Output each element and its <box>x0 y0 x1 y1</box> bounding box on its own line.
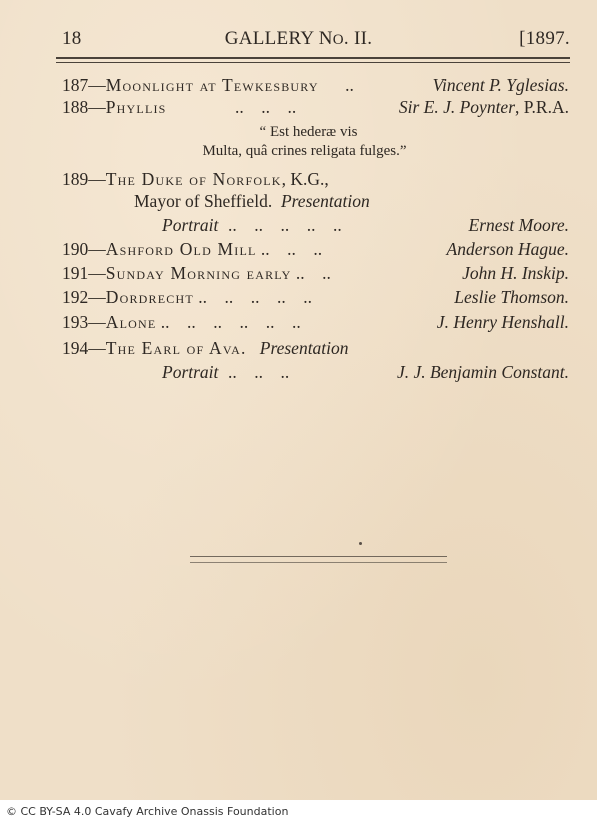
entry-leader: .. .. .. <box>257 239 323 259</box>
entry-subtitle-italic: Portrait <box>162 215 218 235</box>
entry-subtitle-italic: Portrait <box>162 362 218 382</box>
entry-subtitle: Mayor of Sheffield. <box>134 191 272 211</box>
entry-dash: — <box>88 97 106 117</box>
entry-dash: — <box>88 169 106 189</box>
book-page: 18 GALLERY NO. II. [1897. 187—Moonlight … <box>0 0 597 800</box>
entry-leader: .. .. .. .. .. .. <box>156 312 300 332</box>
entry-189: 189—The Duke of Norfolk, K.G., <box>62 169 329 189</box>
entry-194-line-2: Portrait <box>162 362 218 382</box>
entry-189-leader: .. .. .. .. .. <box>228 215 342 235</box>
entry-title: Moonlight at Tewkesbury <box>106 75 319 95</box>
running-title-small: O <box>333 32 344 48</box>
entry-190-artist: Anderson Hague. <box>447 239 569 259</box>
entry-189-line-3: Portrait <box>162 215 218 235</box>
entry-leader: .. <box>341 75 354 95</box>
entry-title: Dordrecht <box>106 287 194 307</box>
entry-number: 190 <box>62 239 88 259</box>
entry-188: 188—Phyllis <box>62 97 167 117</box>
entry-193: 193—Alone .. .. .. .. .. .. <box>62 312 301 332</box>
entry-190: 190—Ashford Old Mill .. .. .. <box>62 239 322 259</box>
entry-188-leader: .. .. .. <box>235 97 296 117</box>
epigraph-line-1: “ Est hederæ vis <box>10 124 597 141</box>
entry-189-artist: Ernest Moore. <box>469 215 569 235</box>
entry-dash: — <box>88 75 106 95</box>
entry-number: 194 <box>62 338 88 358</box>
entry-dash: — <box>88 338 106 358</box>
entry-title: The Earl of Ava. <box>106 338 247 358</box>
copyright-caption: © CC BY-SA 4.0 Cavafy Archive Onassis Fo… <box>6 805 288 818</box>
epigraph-line-2: Multa, quâ crines religata fulges.” <box>6 143 597 160</box>
entry-title: Sunday Morning early <box>106 263 292 283</box>
closing-rule-upper <box>190 556 447 557</box>
running-title: GALLERY NO. II. <box>0 28 597 50</box>
entry-192: 192—Dordrecht .. .. .. .. .. <box>62 287 312 307</box>
ornament-dot <box>359 542 362 545</box>
entry-dash: — <box>88 287 106 307</box>
entry-194-leader: .. .. .. <box>228 362 289 382</box>
entry-188-artist: Sir E. J. Poynter, P.R.A. <box>399 97 569 117</box>
entry-leader: .. .. .. .. .. <box>194 287 312 307</box>
entry-dash: — <box>88 263 106 283</box>
entry-dash: — <box>88 239 106 259</box>
entry-subtitle-italic: Presentation <box>281 191 370 211</box>
header-rule-thin <box>56 62 570 63</box>
entry-title-suffix: , K.G., <box>282 169 329 189</box>
entry-title: Alone <box>106 312 157 332</box>
closing-rule-lower <box>190 562 447 563</box>
entry-number: 191 <box>62 263 88 283</box>
entry-dash: — <box>88 312 106 332</box>
entry-number: 187 <box>62 75 88 95</box>
entry-191: 191—Sunday Morning early .. .. <box>62 263 331 283</box>
entry-189-line-2: Mayor of Sheffield. Presentation <box>134 191 370 211</box>
entry-number: 192 <box>62 287 88 307</box>
header-rule-thick <box>56 57 570 59</box>
entry-leader: .. .. <box>291 263 330 283</box>
entry-187: 187—Moonlight at Tewkesbury .. <box>62 75 354 95</box>
entry-191-artist: John H. Inskip. <box>462 263 569 283</box>
entry-194: 194—The Earl of Ava. Presentation <box>62 338 349 358</box>
entry-193-artist: J. Henry Henshall. <box>437 312 569 332</box>
entry-number: 189 <box>62 169 88 189</box>
entry-title: Ashford Old Mill <box>106 239 257 259</box>
entry-subtitle-italic: Presentation <box>260 338 349 358</box>
entry-194-artist: J. J. Benjamin Constant. <box>397 362 569 382</box>
entry-187-artist: Vincent P. Yglesias. <box>433 75 569 95</box>
running-title-end: . II. <box>344 28 372 49</box>
entry-number: 188 <box>62 97 88 117</box>
artist-name: Sir E. J. Poynter <box>399 97 515 117</box>
running-year: [1897. <box>519 28 570 50</box>
artist-suffix: , P.R.A. <box>515 97 569 117</box>
entry-number: 193 <box>62 312 88 332</box>
entry-title: The Duke of Norfolk <box>106 169 282 189</box>
entry-192-artist: Leslie Thomson. <box>454 287 569 307</box>
entry-title: Phyllis <box>106 97 167 117</box>
running-title-main: GALLERY N <box>225 28 333 49</box>
